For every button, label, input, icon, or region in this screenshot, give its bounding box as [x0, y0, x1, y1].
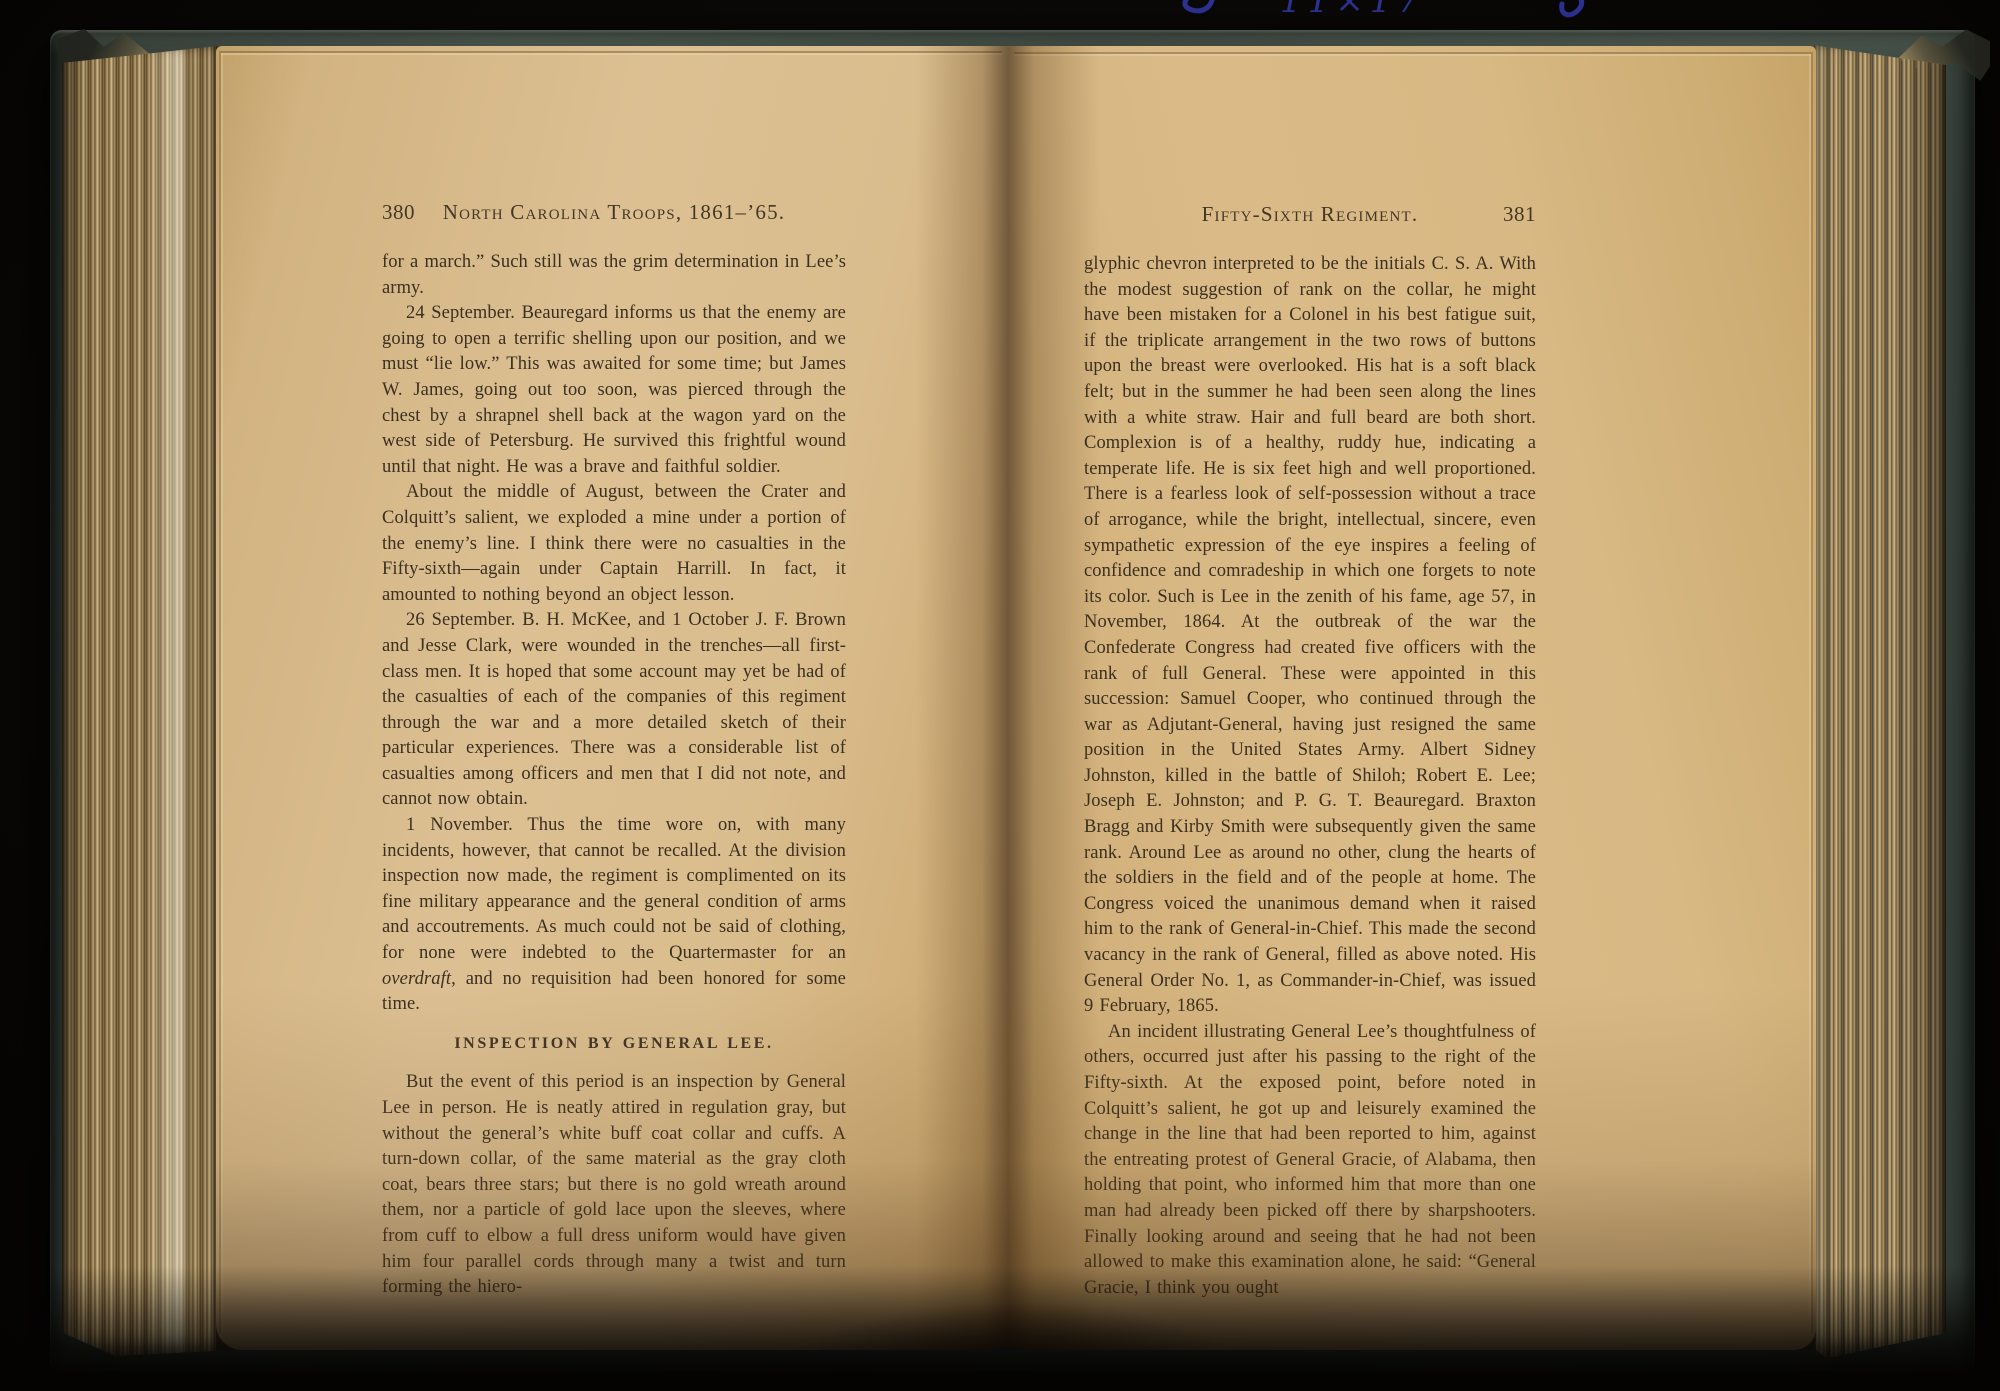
paragraph-text: 1 November. Thus the time wore on, with …	[382, 815, 846, 963]
left-running-head: 380 North Carolina Troops, 1861–’65.	[382, 200, 846, 228]
paragraph: 24 September. Beauregard informs us that…	[382, 301, 846, 480]
left-page-body: for a march.” Such still was the grim de…	[382, 250, 846, 1301]
right-page-text-column: Fifty-Sixth Regiment. 381 glyphic chevro…	[1084, 202, 1536, 1301]
blue-ink-stroke	[1185, 0, 1212, 11]
right-page: Fifty-Sixth Regiment. 381 glyphic chevro…	[1008, 46, 1816, 1350]
open-book-spread: 380 North Carolina Troops, 1861–’65. for…	[216, 46, 1816, 1350]
blue-ink-text: 11×17	[1280, 0, 1425, 21]
left-page-edges	[62, 42, 218, 1356]
running-title: Fifty-Sixth Regiment.	[1084, 202, 1536, 227]
page-number: 380	[382, 200, 415, 225]
blue-ink-marking: 11×17	[1130, 0, 1650, 34]
paragraph: About the middle of August, between the …	[382, 480, 846, 608]
section-heading: INSPECTION BY GENERAL LEE.	[382, 1031, 846, 1057]
right-page-edges	[1814, 40, 1946, 1358]
left-page-text-column: 380 North Carolina Troops, 1861–’65. for…	[382, 200, 846, 1301]
right-running-head: Fifty-Sixth Regiment. 381	[1084, 202, 1536, 230]
photo-background: 11×17 380 North Carolina Troops, 1861–’6…	[0, 0, 2000, 1391]
paragraph: for a march.” Such still was the grim de…	[382, 250, 846, 301]
paragraph: glyphic chevron interpreted to be the in…	[1084, 252, 1536, 1020]
paragraph: 1 November. Thus the time wore on, with …	[382, 813, 846, 1018]
running-title: North Carolina Troops, 1861–’65.	[382, 200, 846, 225]
left-page: 380 North Carolina Troops, 1861–’65. for…	[216, 46, 1008, 1350]
italic-word: overdraft,	[382, 969, 456, 989]
blue-ink-stroke	[1562, 0, 1582, 15]
page-number: 381	[1503, 202, 1536, 227]
paragraph: 26 September. B. H. McKee, and 1 October…	[382, 608, 846, 813]
right-page-body: glyphic chevron interpreted to be the in…	[1084, 252, 1536, 1301]
paragraph: But the event of this period is an inspe…	[382, 1070, 846, 1300]
paragraph: An incident illustrating General Lee’s t…	[1084, 1020, 1536, 1302]
